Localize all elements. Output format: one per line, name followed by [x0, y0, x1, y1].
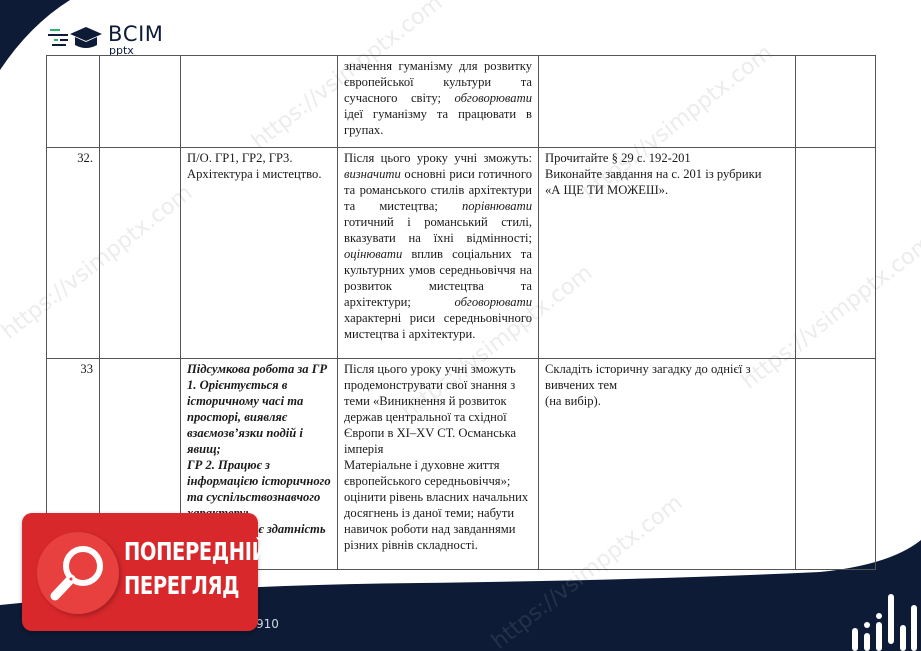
table-row: значення гуманізму для розвитку європейс…: [47, 56, 876, 148]
footer-page-number: 910: [256, 617, 279, 631]
homework-line: Складіть історичну загадку до однієї з в…: [545, 361, 789, 393]
outcome-text: ідеї гуманізму та працювати в групах.: [344, 107, 532, 137]
brand-logo: ВСІМ pptx: [108, 24, 163, 56]
bars-logo-icon: [852, 594, 917, 651]
preview-label: ПОПЕРЕДНІЙ ПЕРЕГЛЯД: [124, 535, 268, 603]
lesson-topic: [181, 56, 338, 148]
lesson-outcomes: значення гуманізму для розвитку європейс…: [338, 56, 539, 148]
lesson-outcomes: Після цього уроку учні зможуть: визначит…: [338, 148, 539, 359]
homework-line: «А ЩЕ ТИ МОЖЕШ».: [545, 182, 789, 198]
lesson-homework: Складіть історичну загадку до однієї з в…: [539, 359, 796, 570]
outcome-verb: визначити: [344, 167, 401, 181]
preview-label-line2: ПЕРЕГЛЯД: [124, 569, 268, 603]
lesson-homework: Прочитайте § 29 с. 192-201 Виконайте зав…: [539, 148, 796, 359]
outcome-verb: обговорювати: [454, 295, 532, 309]
homework-line: (на вибір).: [545, 393, 789, 409]
outcome-line: Після цього уроку учні зможуть продемонс…: [344, 361, 532, 457]
lesson-topic: П/О. ГР1, ГР2, ГР3. Архітектура і мистец…: [181, 148, 338, 359]
lesson-notes: [796, 359, 876, 570]
topic-line: ГР 2. Працює з інформацією історичного т…: [187, 457, 331, 521]
outcome-verb: обговорювати: [454, 91, 532, 105]
magnifier-icon: [37, 532, 119, 614]
lesson-homework: [539, 56, 796, 148]
lesson-col2: [100, 148, 181, 359]
outcome-verb: порівнювати: [462, 199, 532, 213]
outcome-text: готичний і романський стилі, вказувати н…: [344, 215, 532, 245]
preview-label-line1: ПОПЕРЕДНІЙ: [124, 535, 268, 569]
outcome-text: характерні риси середньовічного мистецтв…: [344, 311, 532, 341]
outcome-text: Після цього уроку учні зможуть:: [344, 151, 532, 165]
lesson-col2: [100, 56, 181, 148]
lesson-number: 32.: [47, 148, 100, 359]
table-row: 32. П/О. ГР1, ГР2, ГР3. Архітектура і ми…: [47, 148, 876, 359]
lesson-notes: [796, 56, 876, 148]
lesson-number: [47, 56, 100, 148]
homework-line: Виконайте завдання на с. 201 із рубрики: [545, 166, 789, 182]
magnifier-circle: [37, 532, 119, 614]
lesson-outcomes: Після цього уроку учні зможуть продемонс…: [338, 359, 539, 570]
preview-badge[interactable]: ПОПЕРЕДНІЙ ПЕРЕГЛЯД: [22, 513, 258, 631]
brand-name: ВСІМ: [108, 24, 163, 45]
homework-line: Прочитайте § 29 с. 192-201: [545, 150, 789, 166]
lesson-plan-table: значення гуманізму для розвитку європейс…: [46, 55, 876, 570]
lesson-notes: [796, 148, 876, 359]
outcome-line: Матеріальне і духовне життя європейськог…: [344, 457, 532, 553]
outcome-verb: оцінювати: [344, 247, 402, 261]
topic-line: Підсумкова робота за ГР 1. Орієнтується …: [187, 361, 331, 457]
